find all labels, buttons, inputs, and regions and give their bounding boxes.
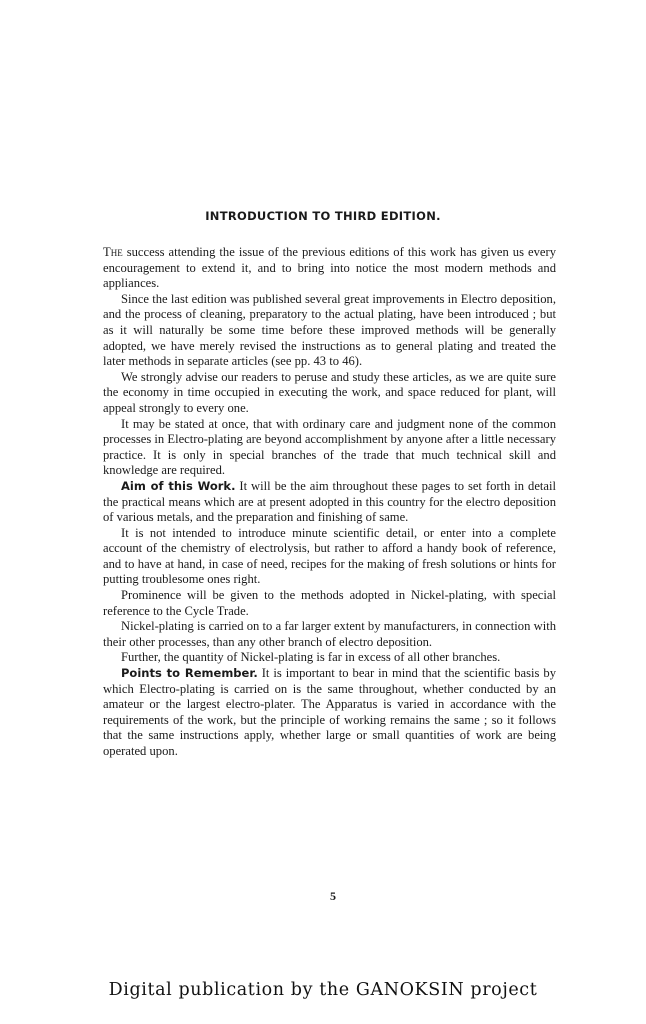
- paragraph-6: It is not intended to introduce minute s…: [103, 526, 556, 588]
- paragraph-2: Since the last edition was published sev…: [103, 292, 556, 370]
- page-number: 5: [0, 889, 646, 904]
- paragraph-10: Points to Remember. It is important to b…: [103, 666, 556, 760]
- page-title: INTRODUCTION TO THIRD EDITION.: [0, 209, 646, 223]
- paragraph-text: success attending the issue of the previ…: [103, 245, 556, 290]
- drop-word: The: [103, 245, 123, 259]
- paragraph-9: Further, the quantity of Nickel-plating …: [103, 650, 556, 666]
- section-heading-points: Points to Remember.: [121, 666, 258, 680]
- section-heading-aim: Aim of this Work.: [121, 479, 235, 493]
- paragraph-8: Nickel-plating is carried on to a far la…: [103, 619, 556, 650]
- paragraph-4: It may be stated at once, that with ordi…: [103, 417, 556, 479]
- footer-credit: Digital publication by the GANOKSIN proj…: [0, 980, 646, 1000]
- paragraph-7: Prominence will be given to the methods …: [103, 588, 556, 619]
- paragraph-5: Aim of this Work. It will be the aim thr…: [103, 479, 556, 526]
- paragraph-3: We strongly advise our readers to peruse…: [103, 370, 556, 417]
- body-text: The success attending the issue of the p…: [103, 245, 556, 760]
- paragraph-1: The success attending the issue of the p…: [103, 245, 556, 292]
